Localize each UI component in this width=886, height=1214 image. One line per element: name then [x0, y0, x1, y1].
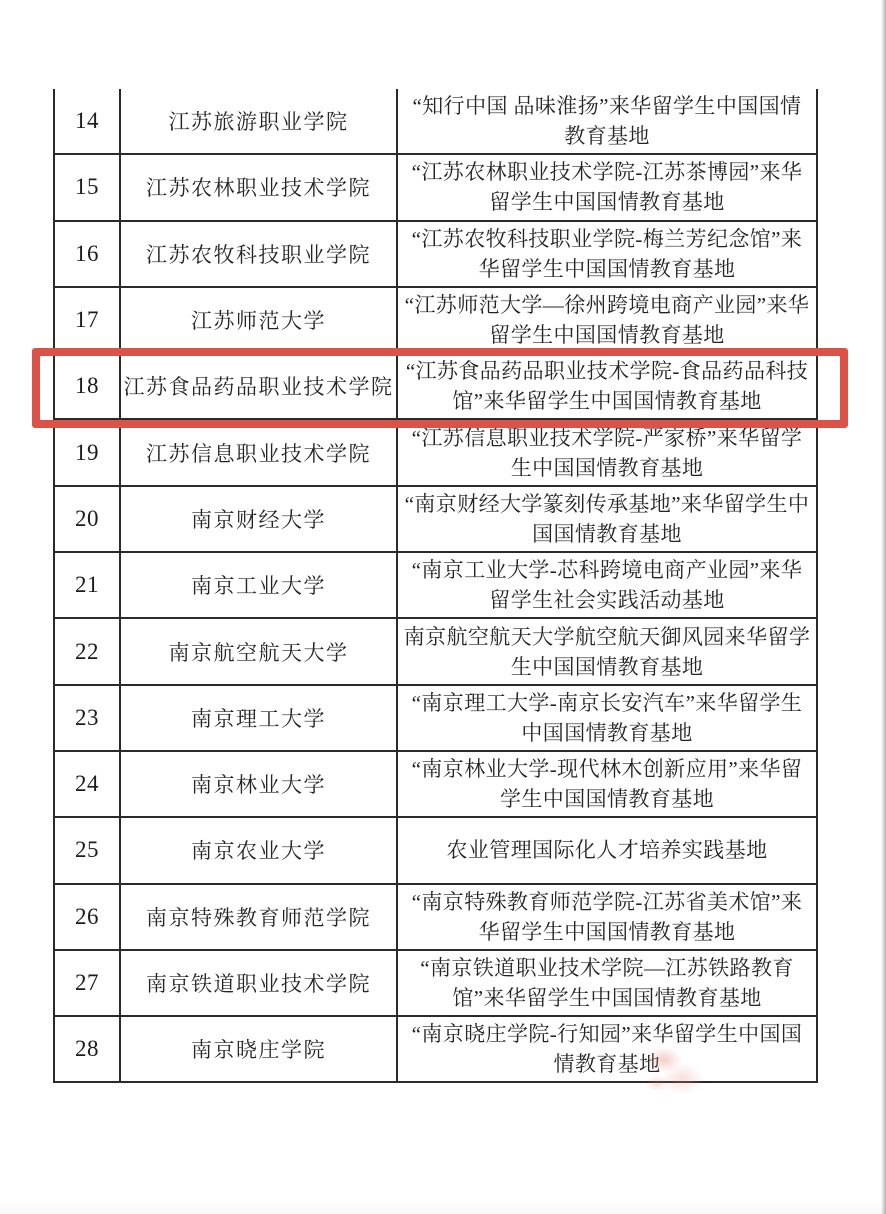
base-name: “江苏农林职业技术学院-江苏茶博园”来华留学生中国国情教育基地 [396, 155, 818, 219]
base-list-table: 14 江苏旅游职业学院 “知行中国 品味淮扬”来华留学生中国国情教育基地 15 … [53, 89, 818, 1083]
school-name: 南京工业大学 [119, 553, 396, 617]
school-name: 南京航空航天大学 [119, 619, 396, 683]
base-name: “南京特殊教育师范学院-江苏省美术馆”来华留学生中国国情教育基地 [396, 885, 818, 949]
base-name: “南京林业大学-现代林木创新应用”来华留学生中国国情教育基地 [396, 752, 818, 816]
base-name: “南京理工大学-南京长安汽车”来华留学生中国国情教育基地 [396, 686, 818, 750]
row-number: 21 [53, 553, 119, 617]
school-name: 南京理工大学 [119, 686, 396, 750]
row-number: 20 [53, 487, 119, 551]
base-name: “江苏农牧科技职业学院-梅兰芳纪念馆”来华留学生中国国情教育基地 [396, 222, 818, 286]
row-number: 28 [53, 1017, 119, 1081]
row-number: 26 [53, 885, 119, 949]
table-row: 15 江苏农林职业技术学院 “江苏农林职业技术学院-江苏茶博园”来华留学生中国国… [53, 155, 818, 221]
school-name: 南京林业大学 [119, 752, 396, 816]
school-name: 南京晓庄学院 [119, 1017, 396, 1081]
school-name: 江苏信息职业技术学院 [119, 420, 396, 484]
school-name: 江苏师范大学 [119, 288, 396, 352]
school-name: 江苏农牧科技职业学院 [119, 222, 396, 286]
row-number: 19 [53, 420, 119, 484]
base-name: “江苏师范大学—徐州跨境电商产业园”来华留学生中国国情教育基地 [396, 288, 818, 352]
row-number: 25 [53, 818, 119, 882]
base-name: “南京铁道职业技术学院—江苏铁路教育馆”来华留学生中国国情教育基地 [396, 951, 818, 1015]
row-number: 24 [53, 752, 119, 816]
table-row: 23 南京理工大学 “南京理工大学-南京长安汽车”来华留学生中国国情教育基地 [53, 686, 818, 752]
row-number: 16 [53, 222, 119, 286]
row-number: 18 [53, 354, 119, 418]
row-number: 15 [53, 155, 119, 219]
row-number: 14 [53, 89, 119, 153]
school-name: 江苏食品药品职业技术学院 [119, 354, 396, 418]
scanned-document-page: 14 江苏旅游职业学院 “知行中国 品味淮扬”来华留学生中国国情教育基地 15 … [0, 0, 886, 1214]
table-row: 25 南京农业大学 农业管理国际化人才培养实践基地 [53, 818, 818, 884]
table-row: 27 南京铁道职业技术学院 “南京铁道职业技术学院—江苏铁路教育馆”来华留学生中… [53, 951, 818, 1017]
scan-edge-shadow-right [881, 0, 886, 1214]
base-name: 南京航空航天大学航空航天御风园来华留学生中国国情教育基地 [396, 619, 818, 683]
base-name: “江苏食品药品职业技术学院-食品药品科技馆”来华留学生中国国情教育基地 [396, 354, 818, 418]
school-name: 南京特殊教育师范学院 [119, 885, 396, 949]
base-name: “南京工业大学-芯科跨境电商产业园”来华留学生社会实践活动基地 [396, 553, 818, 617]
base-name: “江苏信息职业技术学院-严家桥”来华留学生中国国情教育基地 [396, 420, 818, 484]
school-name: 南京农业大学 [119, 818, 396, 882]
table-row: 17 江苏师范大学 “江苏师范大学—徐州跨境电商产业园”来华留学生中国国情教育基… [53, 288, 818, 354]
table-row: 20 南京财经大学 “南京财经大学篆刻传承基地”来华留学生中国国情教育基地 [53, 487, 818, 553]
scan-edge-shadow-bottom [0, 1198, 886, 1214]
table-row: 16 江苏农牧科技职业学院 “江苏农牧科技职业学院-梅兰芳纪念馆”来华留学生中国… [53, 222, 818, 288]
school-name: 江苏旅游职业学院 [119, 89, 396, 153]
base-name: 农业管理国际化人才培养实践基地 [396, 818, 818, 882]
table-row: 18 江苏食品药品职业技术学院 “江苏食品药品职业技术学院-食品药品科技馆”来华… [53, 354, 818, 420]
school-name: 南京铁道职业技术学院 [119, 951, 396, 1015]
row-number: 22 [53, 619, 119, 683]
table-row: 22 南京航空航天大学 南京航空航天大学航空航天御风园来华留学生中国国情教育基地 [53, 619, 818, 685]
row-number: 23 [53, 686, 119, 750]
school-name: 江苏农林职业技术学院 [119, 155, 396, 219]
table-row: 24 南京林业大学 “南京林业大学-现代林木创新应用”来华留学生中国国情教育基地 [53, 752, 818, 818]
table-row: 14 江苏旅游职业学院 “知行中国 品味淮扬”来华留学生中国国情教育基地 [53, 89, 818, 155]
table-row: 21 南京工业大学 “南京工业大学-芯科跨境电商产业园”来华留学生社会实践活动基… [53, 553, 818, 619]
row-number: 17 [53, 288, 119, 352]
school-name: 南京财经大学 [119, 487, 396, 551]
base-name: “南京晓庄学院-行知园”来华留学生中国国情教育基地 [396, 1017, 818, 1081]
base-name: “南京财经大学篆刻传承基地”来华留学生中国国情教育基地 [396, 487, 818, 551]
table-row: 28 南京晓庄学院 “南京晓庄学院-行知园”来华留学生中国国情教育基地 [53, 1017, 818, 1083]
table-row: 19 江苏信息职业技术学院 “江苏信息职业技术学院-严家桥”来华留学生中国国情教… [53, 420, 818, 486]
base-name: “知行中国 品味淮扬”来华留学生中国国情教育基地 [396, 89, 818, 153]
row-number: 27 [53, 951, 119, 1015]
table-row: 26 南京特殊教育师范学院 “南京特殊教育师范学院-江苏省美术馆”来华留学生中国… [53, 885, 818, 951]
